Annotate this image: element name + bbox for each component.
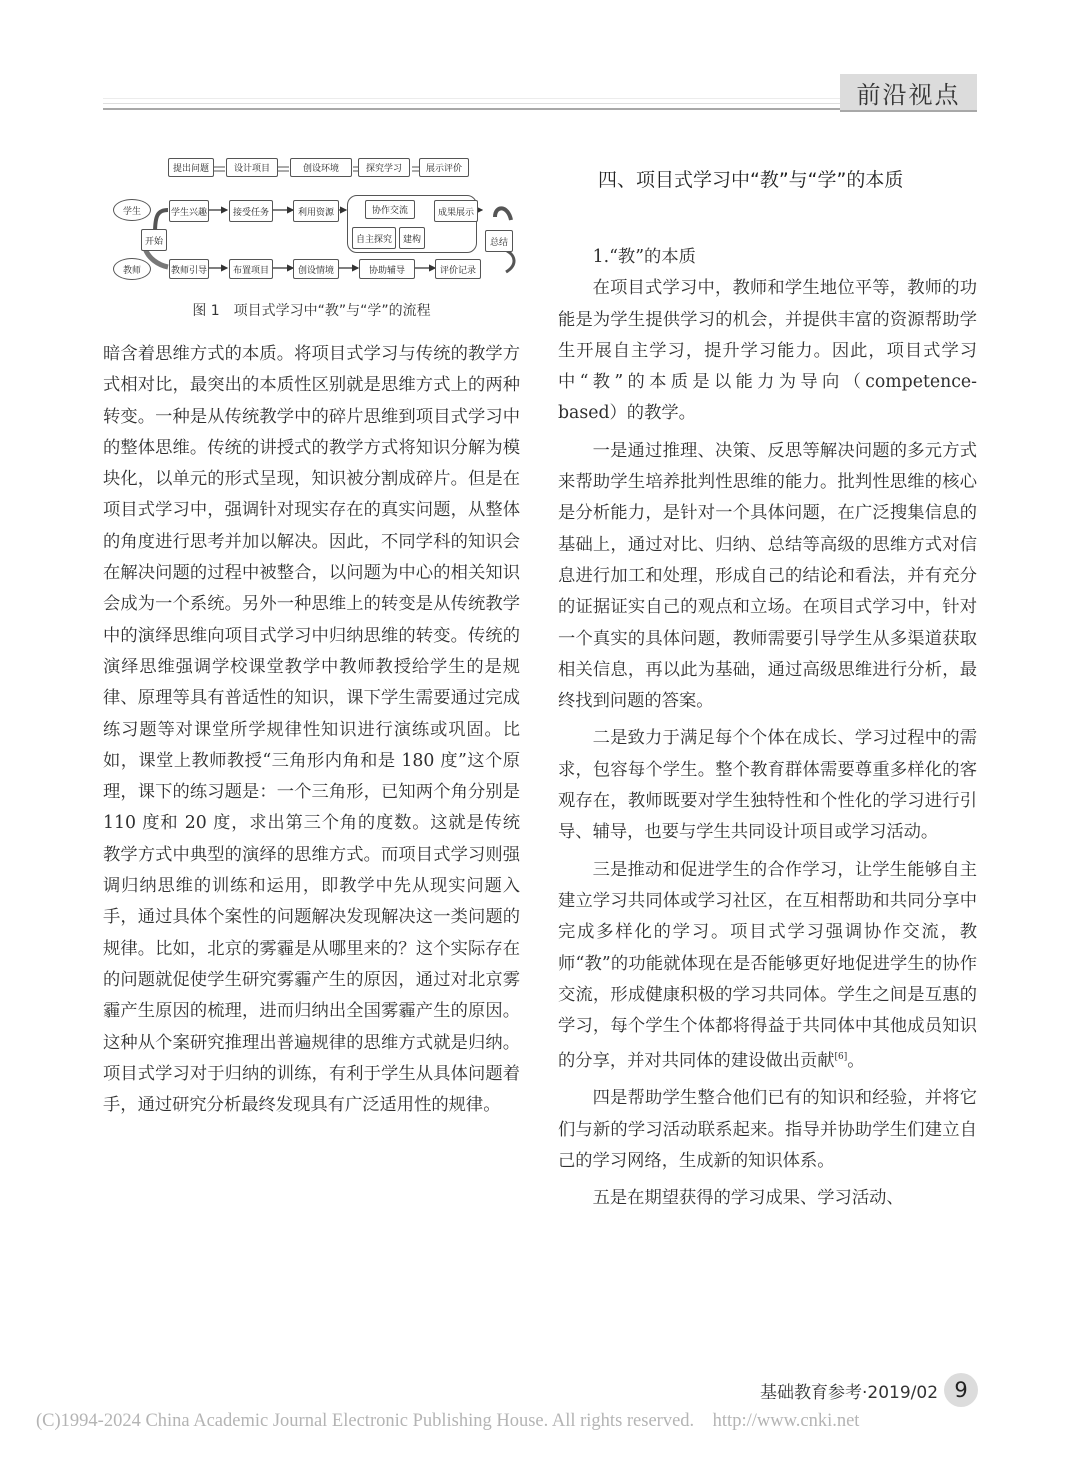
left-column: 暗含着思维方式的本质。将项目式学习与传统的教学方式相对比，最突出的本质性区别就是… — [103, 339, 520, 1121]
body-paragraph: 二是致力于满足每个个体在成长、学习过程中的需求，包容每个学生。整个教育群体需要尊… — [558, 723, 977, 848]
right-column: 1.“教”的本质 在项目式学习中，教师和学生地位平等，教师的功能是为学生提供学习… — [558, 242, 977, 1215]
step-box: 协助辅导 — [359, 259, 415, 279]
step-box: 成果展示 — [434, 200, 478, 222]
student-oval: 学生 — [113, 199, 151, 221]
summary-box: 总结 — [485, 230, 513, 252]
step-box: 教师引导 — [169, 259, 209, 279]
step-box: 探究学习 — [358, 158, 410, 177]
step-box: 提出问题 — [168, 158, 214, 177]
citation[interactable]: [6] — [835, 1052, 848, 1062]
figure-number: 图 1 — [192, 303, 219, 319]
step-box: 利用资源 — [293, 200, 339, 222]
body-paragraph: 三是推动和促进学生的合作学习，让学生能够自主建立学习共同体或学习社区，在互相帮助… — [558, 855, 977, 1078]
body-paragraph: 一是通过推理、决策、反思等解决问题的多元方式来帮助学生培养批判性思维的能力。批判… — [558, 436, 977, 718]
section-heading: 四、项目式学习中“教”与“学”的本质 — [598, 165, 903, 192]
body-paragraph: 在项目式学习中，教师和学生地位平等，教师的功能是为学生提供学习的机会，并提供丰富… — [558, 273, 977, 429]
step-box: 自主探究 — [352, 227, 396, 249]
figure-caption: 图 1项目式学习中“教”与“学”的流程 — [103, 300, 520, 320]
body-paragraph: 四是帮助学生整合他们已有的知识和经验，并将它们与新的学习活动联系起来。指导并协助… — [558, 1083, 977, 1177]
subheading: 1.“教”的本质 — [558, 242, 977, 273]
step-box: 学生兴趣 — [169, 200, 209, 222]
start-box: 开始 — [141, 229, 167, 251]
step-box: 设计项目 — [226, 158, 278, 177]
flow-diagram: 提出问题 设计项目 创设环境 探究学习 展示评价 学生 教师 开始 学生兴趣 接… — [103, 155, 520, 285]
copyright-notice: (C)1994-2024 China Academic Journal Elec… — [36, 1411, 859, 1432]
teacher-oval: 教师 — [113, 258, 151, 280]
body-paragraph: 五是在期望获得的学习成果、学习活动、 — [558, 1183, 977, 1214]
step-box: 接受任务 — [229, 200, 273, 222]
step-box: 布置项目 — [229, 259, 273, 279]
step-box: 协作交流 — [365, 200, 415, 219]
journal-footer: 基础教育参考·2019/02 — [760, 1378, 938, 1403]
body-paragraph: 暗含着思维方式的本质。将项目式学习与传统的教学方式相对比，最突出的本质性区别就是… — [103, 339, 520, 1121]
step-box: 建构 — [399, 227, 425, 249]
figure-title: 项目式学习中“教”与“学”的流程 — [234, 303, 431, 319]
paragraph-end: 。 — [847, 1051, 864, 1071]
section-tab: 前沿视点 — [840, 74, 977, 112]
step-box: 评价记录 — [435, 259, 481, 279]
step-box: 展示评价 — [419, 158, 469, 177]
page-number: 9 — [944, 1373, 978, 1407]
step-box: 创设环境 — [290, 158, 352, 177]
step-box: 创设情境 — [293, 259, 339, 279]
paragraph-text: 三是推动和促进学生的合作学习，让学生能够自主建立学习共同体或学习社区，在互相帮助… — [558, 860, 977, 1072]
